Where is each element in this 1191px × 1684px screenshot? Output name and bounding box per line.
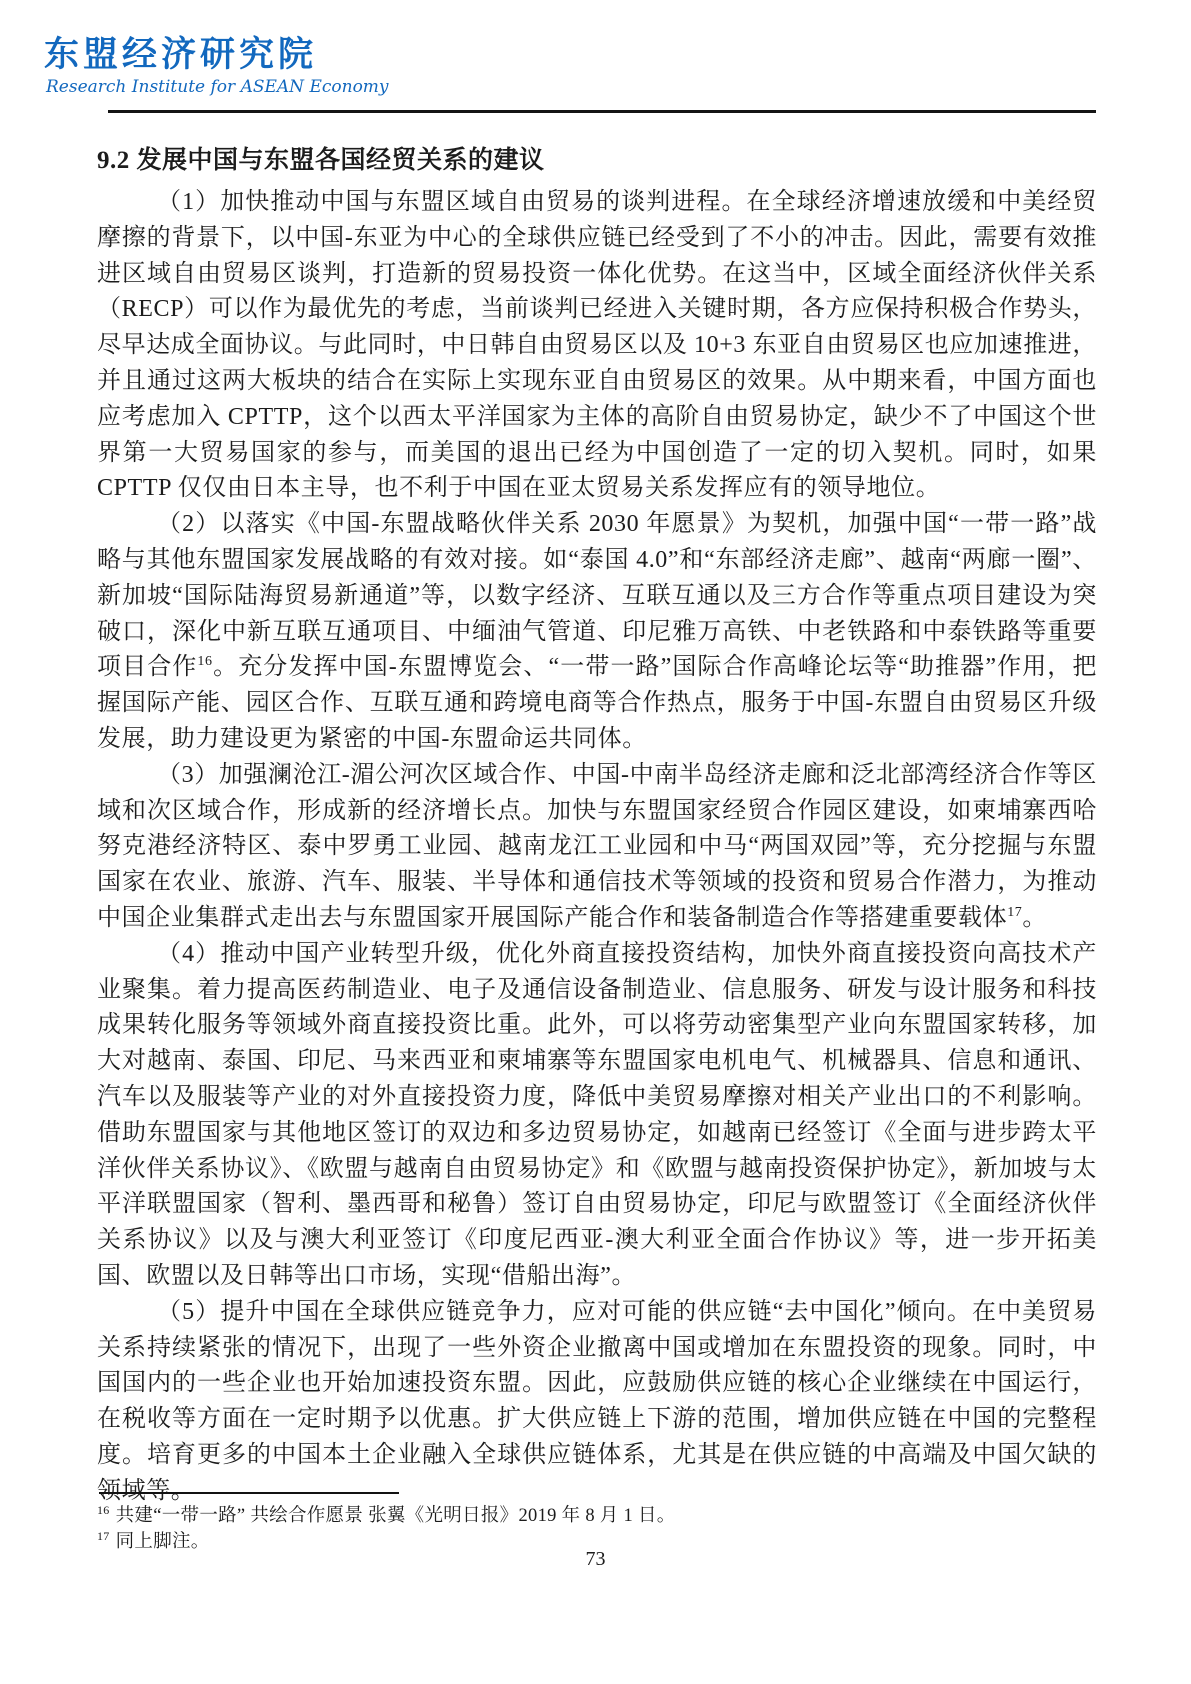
page-number: 73 bbox=[0, 1548, 1191, 1571]
footnote: 16共建“一带一路” 共绘合作愿景 张翼《光明日报》2019 年 8 月 1 日… bbox=[97, 1503, 1097, 1529]
footnote-ref: 17 bbox=[1007, 905, 1022, 920]
footnote-ref: 16 bbox=[197, 654, 212, 669]
footnote-section: 16共建“一带一路” 共绘合作愿景 张翼《光明日报》2019 年 8 月 1 日… bbox=[97, 1492, 1097, 1555]
body-paragraph: （5）提升中国在全球供应链竞争力，应对可能的供应链“去中国化”倾向。在中美贸易关… bbox=[97, 1295, 1097, 1510]
body-paragraph: （2）以落实《中国-东盟战略伙伴关系 2030 年愿景》为契机，加强中国“一带一… bbox=[97, 507, 1097, 758]
body-paragraph: （4）推动中国产业转型升级，优化外商直接投资结构，加快外商直接投资向高技术产业聚… bbox=[97, 937, 1097, 1295]
footnote-marker: 17 bbox=[97, 1529, 110, 1543]
header-divider bbox=[108, 110, 1096, 113]
footnote-divider bbox=[99, 1492, 399, 1494]
logo-english: Research Institute for ASEAN Economy bbox=[46, 77, 389, 97]
body-text: 9.2 发展中国与东盟各国经贸关系的建议 （1）加快推动中国与东盟区域自由贸易的… bbox=[97, 143, 1097, 1509]
logo-chinese: 东盟经济研究院 bbox=[44, 27, 317, 77]
document-page: 东盟经济研究院 Research Institute for ASEAN Eco… bbox=[0, 0, 1191, 1684]
paragraph-container: （1）加快推动中国与东盟区域自由贸易的谈判进程。在全球经济增速放缓和中美经贸摩擦… bbox=[97, 185, 1097, 1509]
footnote-marker: 16 bbox=[97, 1503, 110, 1517]
footnote-text: 共建“一带一路” 共绘合作愿景 张翼《光明日报》2019 年 8 月 1 日。 bbox=[116, 1506, 676, 1526]
body-paragraph: （3）加强澜沧江-湄公河次区域合作、中国-中南半岛经济走廊和泛北部湾经济合作等区… bbox=[97, 758, 1097, 937]
section-heading: 9.2 发展中国与东盟各国经贸关系的建议 bbox=[97, 143, 1097, 178]
body-paragraph: （1）加快推动中国与东盟区域自由贸易的谈判进程。在全球经济增速放缓和中美经贸摩擦… bbox=[97, 185, 1097, 507]
